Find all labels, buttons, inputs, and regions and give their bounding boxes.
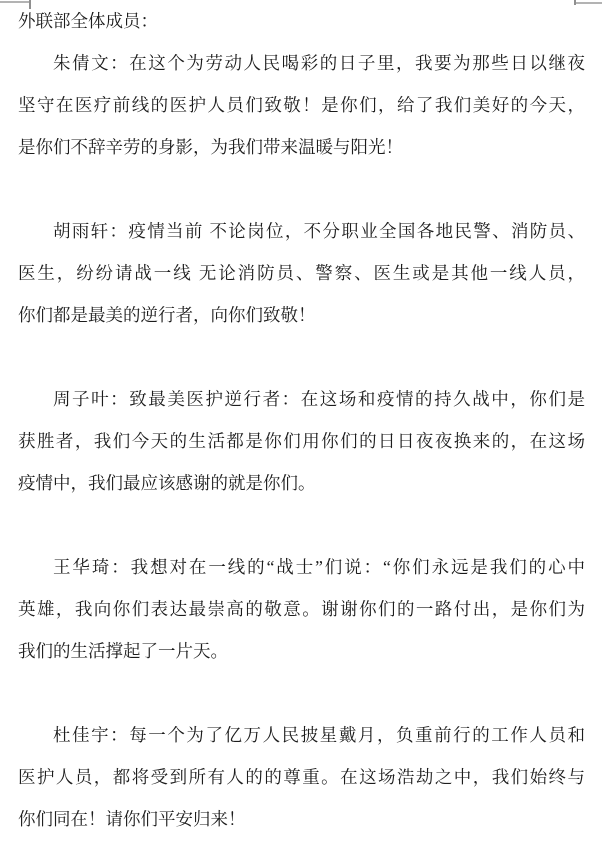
text-line: 杜佳宇：每一个为了亿万人民披星戴月，负重前行的工作人员和 xyxy=(18,714,585,756)
text-line: 周子叶：致最美医护逆行者：在这场和疫情的持久战中，你们是 xyxy=(18,378,585,420)
text-line: 医生，纷纷请战一线 无论消防员、警察、医生或是其他一线人员， xyxy=(18,252,585,294)
text-line: 获胜者，我们今天的生活都是你们用你们的日日夜夜换来的，在这场 xyxy=(18,420,585,462)
text-line: 是你们不辞辛劳的身影，为我们带来温暖与阳光！ xyxy=(18,126,585,168)
text-line: 坚守在医疗前线的医护人员们致敬！是你们，给了我们美好的今天， xyxy=(18,84,585,126)
document-heading: 外联部全体成员： xyxy=(18,0,585,42)
paragraph-dujiayu: 杜佳宇：每一个为了亿万人民披星戴月，负重前行的工作人员和 医护人员，都将受到所有… xyxy=(18,714,585,840)
text-line: 疫情中，我们最应该感谢的就是你们。 xyxy=(18,462,585,504)
paragraph-wanghuaqi: 王华琦：我想对在一线的“战士”们说：“你们永远是我们的心中 英雄，我向你们表达最… xyxy=(18,546,585,672)
text-line: 我们的生活撑起了一片天。 xyxy=(18,630,585,672)
text-line: 你们都是最美的逆行者，向你们致敬！ xyxy=(18,294,585,336)
paragraph-huyuxuan: 胡雨轩：疫情当前 不论岗位，不分职业全国各地民警、消防员、 医生，纷纷请战一线 … xyxy=(18,210,585,336)
paragraph-zhuqianwen: 朱倩文：在这个为劳动人民喝彩的日子里，我要为那些日以继夜 坚守在医疗前线的医护人… xyxy=(18,42,585,168)
document-body: 外联部全体成员： 朱倩文：在这个为劳动人民喝彩的日子里，我要为那些日以继夜 坚守… xyxy=(18,0,585,840)
text-line: 你们同在！请你们平安归来！ xyxy=(18,798,585,840)
document-page: { "page": { "background": "#ffffff", "te… xyxy=(0,0,602,865)
text-line: 英雄，我向你们表达最崇高的敬意。谢谢你们的一路付出，是你们为 xyxy=(18,588,585,630)
text-line: 朱倩文：在这个为劳动人民喝彩的日子里，我要为那些日以继夜 xyxy=(18,42,585,84)
paragraph-zhouziye: 周子叶：致最美医护逆行者：在这场和疫情的持久战中，你们是 获胜者，我们今天的生活… xyxy=(18,378,585,504)
text-line: 医护人员，都将受到所有人的的尊重。在这场浩劫之中，我们始终与 xyxy=(18,756,585,798)
text-line: 王华琦：我想对在一线的“战士”们说：“你们永远是我们的心中 xyxy=(18,546,585,588)
text-line: 胡雨轩：疫情当前 不论岗位，不分职业全国各地民警、消防员、 xyxy=(18,210,585,252)
